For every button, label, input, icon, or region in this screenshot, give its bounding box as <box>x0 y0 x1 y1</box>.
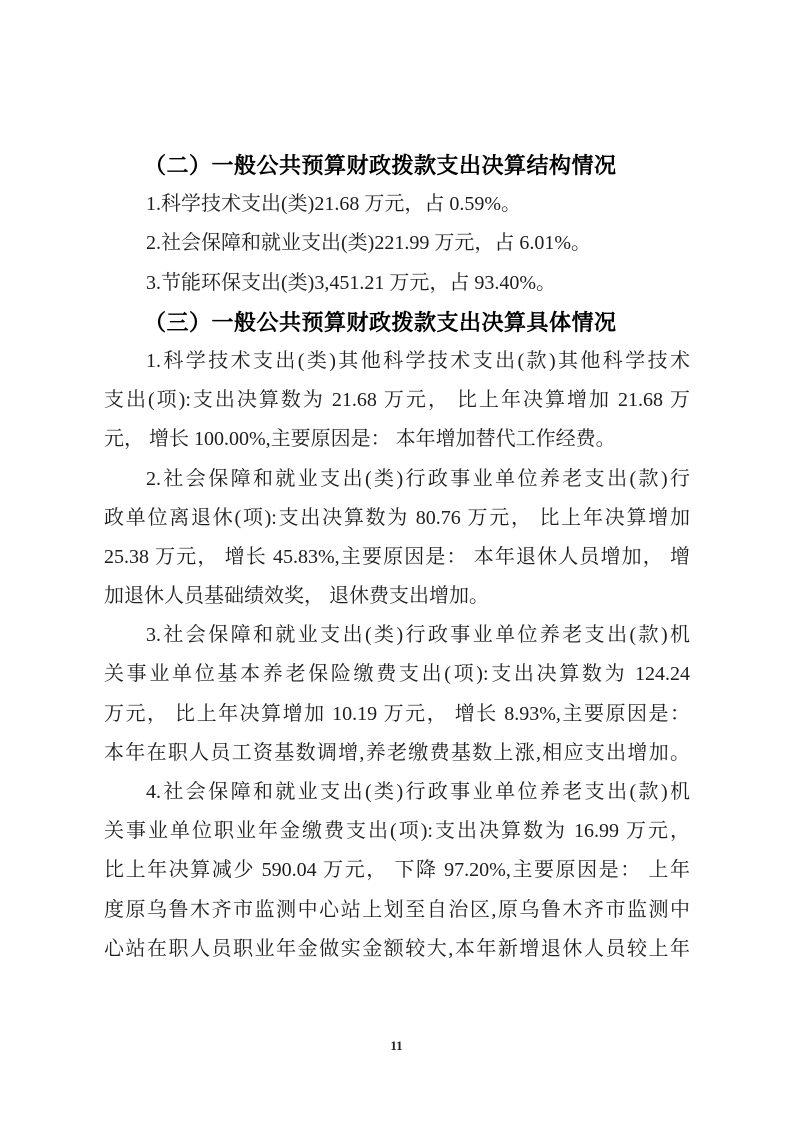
paragraph-line: 1.科学技术支出(类)其他科学技术支出(款)其他科学技术 <box>104 342 690 381</box>
paragraph-line: 25.38 万元， 增长 45.83%,主要原因是： 本年退休人员增加， 增 <box>104 538 690 577</box>
paragraph-line: 本年在职人员工资基数调增,养老缴费基数上涨,相应支出增加。 <box>104 734 690 773</box>
paragraph-line: 3.社会保障和就业支出(类)行政事业单位养老支出(款)机 <box>104 616 690 655</box>
paragraph-line: 支出(项):支出决算数为 21.68 万元， 比上年决算增加 21.68 万 <box>104 381 690 420</box>
paragraph-line: 2.社会保障和就业支出(类)行政事业单位养老支出(款)行 <box>104 460 690 499</box>
text-block: （二）一般公共预算财政拨款支出决算结构情况 1.科学技术支出(类)21.68 万… <box>104 146 690 969</box>
paragraph-line: 比上年决算减少 590.04 万元， 下降 97.20%,主要原因是： 上年 <box>104 851 690 890</box>
detail-paragraph-4: 4.社会保障和就业支出(类)行政事业单位养老支出(款)机 关事业单位职业年金缴费… <box>104 773 690 969</box>
section-structure-heading: （二）一般公共预算财政拨款支出决算结构情况 <box>104 146 690 185</box>
paragraph-line: 关事业单位基本养老保险缴费支出(项):支出决算数为 124.24 <box>104 655 690 694</box>
page-number: 11 <box>0 1038 793 1054</box>
paragraph-line: 加退休人员基础绩效奖， 退休费支出增加。 <box>104 577 690 616</box>
paragraph-line: 关事业单位职业年金缴费支出(项):支出决算数为 16.99 万元， <box>104 812 690 851</box>
paragraph-line: 心站在职人员职业年金做实金额较大,本年新增退休人员较上年 <box>104 930 690 969</box>
section-detail-heading: （三）一般公共预算财政拨款支出决算具体情况 <box>104 303 690 342</box>
paragraph-line: 度原乌鲁木齐市监测中心站上划至自治区,原乌鲁木齐市监测中 <box>104 891 690 930</box>
detail-paragraph-2: 2.社会保障和就业支出(类)行政事业单位养老支出(款)行 政单位离退休(项):支… <box>104 460 690 617</box>
structure-item-social-security: 2.社会保障和就业支出(类)221.99 万元，占 6.01%。 <box>104 224 690 263</box>
paragraph-line: 万元， 比上年决算增加 10.19 万元， 增长 8.93%,主要原因是： <box>104 695 690 734</box>
detail-paragraph-1: 1.科学技术支出(类)其他科学技术支出(款)其他科学技术 支出(项):支出决算数… <box>104 342 690 460</box>
structure-item-energy-conservation: 3.节能环保支出(类)3,451.21 万元，占 93.40%。 <box>104 264 690 303</box>
document-page: （二）一般公共预算财政拨款支出决算结构情况 1.科学技术支出(类)21.68 万… <box>0 0 793 1122</box>
paragraph-line: 元， 增长 100.00%,主要原因是： 本年增加替代工作经费。 <box>104 420 690 459</box>
paragraph-line: 政单位离退休(项):支出决算数为 80.76 万元， 比上年决算增加 <box>104 499 690 538</box>
detail-paragraph-3: 3.社会保障和就业支出(类)行政事业单位养老支出(款)机 关事业单位基本养老保险… <box>104 616 690 773</box>
paragraph-line: 4.社会保障和就业支出(类)行政事业单位养老支出(款)机 <box>104 773 690 812</box>
structure-item-science: 1.科学技术支出(类)21.68 万元，占 0.59%。 <box>104 185 690 224</box>
